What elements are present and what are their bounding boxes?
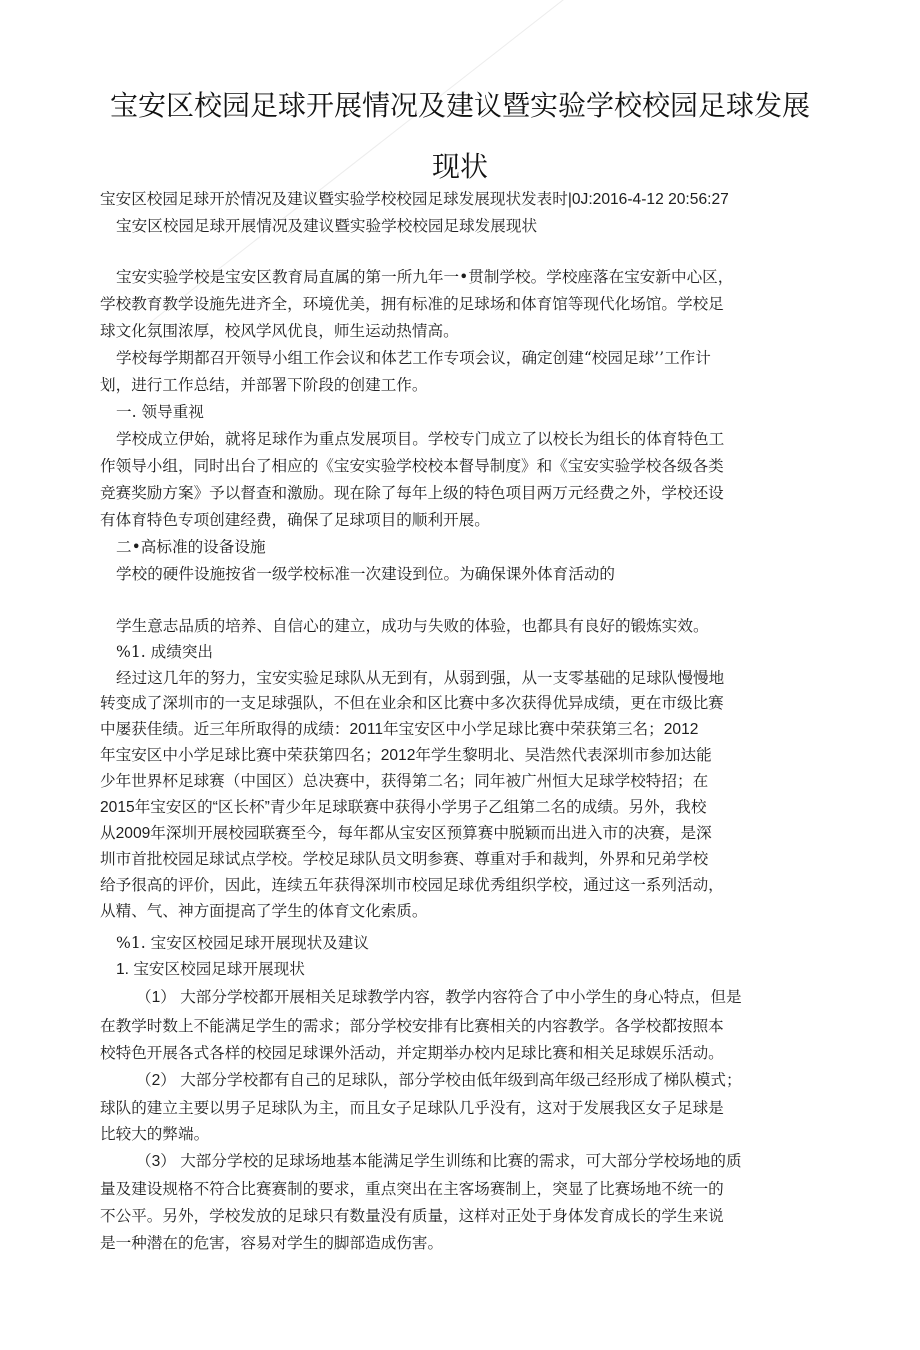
paragraph-line: 不公平。另外，学校发放的足球只有数量没有质量，这样对正处于身体发育成长的学生来说 — [100, 1206, 724, 1226]
paragraph-line: 2015年宝安区的“区长杯”青少年足球联赛中获得小学男子乙组第二名的成绩。另外，… — [100, 798, 706, 818]
document-page: 宝安区校园足球开展情况及建议暨实验学校校园足球发展 现状 宝安区校园足球开於情况… — [0, 0, 920, 1350]
paragraph-line: 球队的建立主要以男子足球队为主，而且女子足球队几乎没有，这对于发展我区女子足球是 — [100, 1098, 724, 1118]
section-heading: %1. 宝安区校园足球开展现状及建议 — [116, 933, 369, 953]
paragraph-line: 学校教育教学设施先进齐全，环境优美，拥有标准的足球场和体育馆等现代化场馆。学校足 — [100, 294, 724, 314]
paragraph-line: 在教学时数上不能满足学生的需求；部分学校安排有比赛相关的内容教学。各学校都按照本 — [100, 1016, 724, 1036]
paragraph-line: 竞赛奖励方案》予以督查和激励。现在除了每年上级的特色项目两万元经费之外，学校还设 — [100, 483, 724, 503]
section-heading: 一. 领导重视 — [116, 402, 204, 422]
paragraph-line: 作领导小组，同时出台了相应的《宝安实验学校校本督导制度》和《宝安实验学校各级各类 — [100, 456, 724, 476]
paragraph-line: 从2009年深圳开展校园联赛至今，每年都从宝安区预算赛中脱颖而出进入市的决赛，是… — [100, 824, 712, 844]
paragraph-line: 宝安实验学校是宝安区教育局直属的第一所九年一•贯制学校。学校座落在宝安新中心区， — [116, 267, 733, 287]
document-title-line-1: 宝安区校园足球开展情况及建议暨实验学校校园足球发展 — [0, 84, 920, 124]
paragraph-line: 圳市首批校园足球试点学校。学校足球队员文明参赛、尊重对手和裁判，外界和兄弟学校 — [100, 850, 708, 870]
paragraph-line: 量及建设规格不符合比赛赛制的要求，重点突出在主客场赛制上，突显了比赛场地不统一的 — [100, 1179, 724, 1199]
paragraph-line: 学生意志品质的培养、自信心的建立，成功与失败的体验，也都具有良好的锻炼实效。 — [116, 616, 709, 636]
paragraph-line: 从精、气、神方面提高了学生的体育文化索质。 — [100, 902, 427, 922]
paragraph-line: 年宝安区中小学足球比赛中荣获第四名；2012年学生黎明北、吴浩然代表深圳市参加达… — [100, 746, 712, 766]
paragraph-line: 划，进行工作总结，并部署下阶段的创建工作。 — [100, 375, 427, 395]
paragraph-line: 学校成立伊始，就将足球作为重点发展项目。学校专门成立了以校长为组长的体育特色工 — [116, 429, 724, 449]
paragraph-line: （2） 大部分学校都有自己的足球队，部分学校由低年级到高年级己经形成了梯队模式； — [136, 1071, 742, 1091]
paragraph-line: 转变成了深圳市的一支足球强队，不但在业余和区比赛中多次获得优异成绩，更在市级比赛 — [100, 694, 724, 714]
paragraph-line: （3） 大部分学校的足球场地基本能满足学生训练和比赛的需求，可大部分学校场地的质 — [136, 1152, 742, 1172]
paragraph-line: 中屡获佳绩。近三年所取得的成绩：2011年宝安区中小学足球比赛中荣获第三名；20… — [100, 720, 698, 740]
document-subtitle: 宝安区校园足球开展情况及建议暨实验学校校园足球发展现状 — [116, 216, 537, 236]
paragraph-line: 学校的硬件设施按省一级学校标准一次建设到位。为确保课外体育活动的 — [116, 564, 615, 584]
paragraph-line: 是一种潜在的危害，容易对学生的脚部造成伤害。 — [100, 1233, 443, 1253]
paragraph-line: 球文化氛围浓厚，校风学风优良，师生运动热情高。 — [100, 321, 459, 341]
paragraph-line: 有体育特色专项创建经费，确保了足球项目的顺利开展。 — [100, 510, 490, 530]
section-heading: 二•高标准的设备设施 — [116, 537, 266, 557]
paragraph-line: 少年世界杯足球赛（中国区）总决赛中，获得第二名；同年被广州恒大足球学校特招；在 — [100, 772, 708, 792]
section-heading: %1. 成绩突出 — [116, 642, 213, 662]
paragraph-line: 比较大的弊端。 — [100, 1124, 209, 1144]
subsection-heading: 1. 宝安区校园足球开展现状 — [116, 960, 305, 980]
paragraph-line: 学校每学期都召开领导小组工作会议和体艺工作专项会议，确定创建“校园足球’’工作计 — [116, 348, 711, 368]
publish-meta-line: 宝安区校园足球开於情况及建议暨实验学校校园足球发展现状发表时|0J:2016-4… — [100, 190, 729, 210]
paragraph-line: （1） 大部分学校都开展相关足球教学内容，教学内容符合了中小学生的身心特点，但是 — [136, 988, 742, 1008]
paragraph-line: 给予很高的评价，因此，连续五年获得深圳市校园足球优秀组织学校，通过这一系列活动， — [100, 876, 724, 896]
document-title-line-2: 现状 — [0, 145, 920, 185]
paragraph-line: 经过这几年的努力，宝安实验足球队从无到有，从弱到强，从一支零基础的足球队慢慢地 — [116, 668, 724, 688]
paragraph-line: 校特色开展各式各样的校园足球课外活动，并定期举办校内足球比赛和相关足球娱乐活动。 — [100, 1043, 724, 1063]
